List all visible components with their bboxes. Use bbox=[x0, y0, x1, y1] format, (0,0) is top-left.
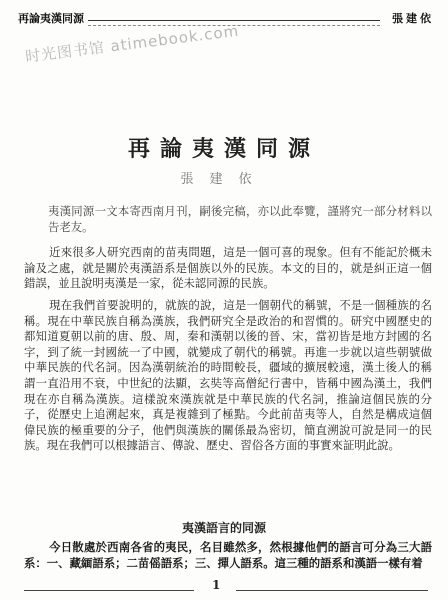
document-page: 再論夷漢同源 張建依 时光图书馆 atimebook.com 再論夷漢同源 張建… bbox=[0, 0, 448, 600]
page-number: 1 bbox=[212, 578, 220, 592]
editorial-note: 夷漢同源一文本寄西南月刊，嗣後完稿，亦以此奉覽，謹將究一部分材料以告老友。 bbox=[24, 204, 432, 235]
section-heading: 夷漢語言的同源 bbox=[0, 519, 448, 536]
running-header-author: 張建依 bbox=[392, 12, 434, 26]
footer-rule-right bbox=[236, 590, 428, 591]
section-body: 今日散處於西南各省的夷民，名目雖然多，然根據他們的語言可分為三大語系：一、藏緬語… bbox=[24, 540, 432, 577]
running-header-title: 再論夷漢同源 bbox=[18, 12, 84, 26]
body-paragraph: 今日散處於西南各省的夷民，名目雖然多，然根據他們的語言可分為三大語系：一、藏緬語… bbox=[24, 540, 432, 571]
footer-rule-left bbox=[24, 590, 194, 591]
article-author: 張建依 bbox=[0, 168, 448, 187]
article-body: 夷漢同源一文本寄西南月刊，嗣後完稿，亦以此奉覽，謹將究一部分材料以告老友。 近來… bbox=[24, 204, 432, 460]
body-paragraph: 近來很多人研究西南的苗夷問題，這是一個可喜的現象。但有不能記於概未論及之處，就是… bbox=[24, 245, 432, 292]
article-title: 再論夷漢同源 bbox=[0, 132, 448, 163]
body-paragraph: 現在我們首要說明的，就族的說，這是一個朝代的稱號，不是一個種族的名稱。現在中華民… bbox=[24, 298, 432, 454]
